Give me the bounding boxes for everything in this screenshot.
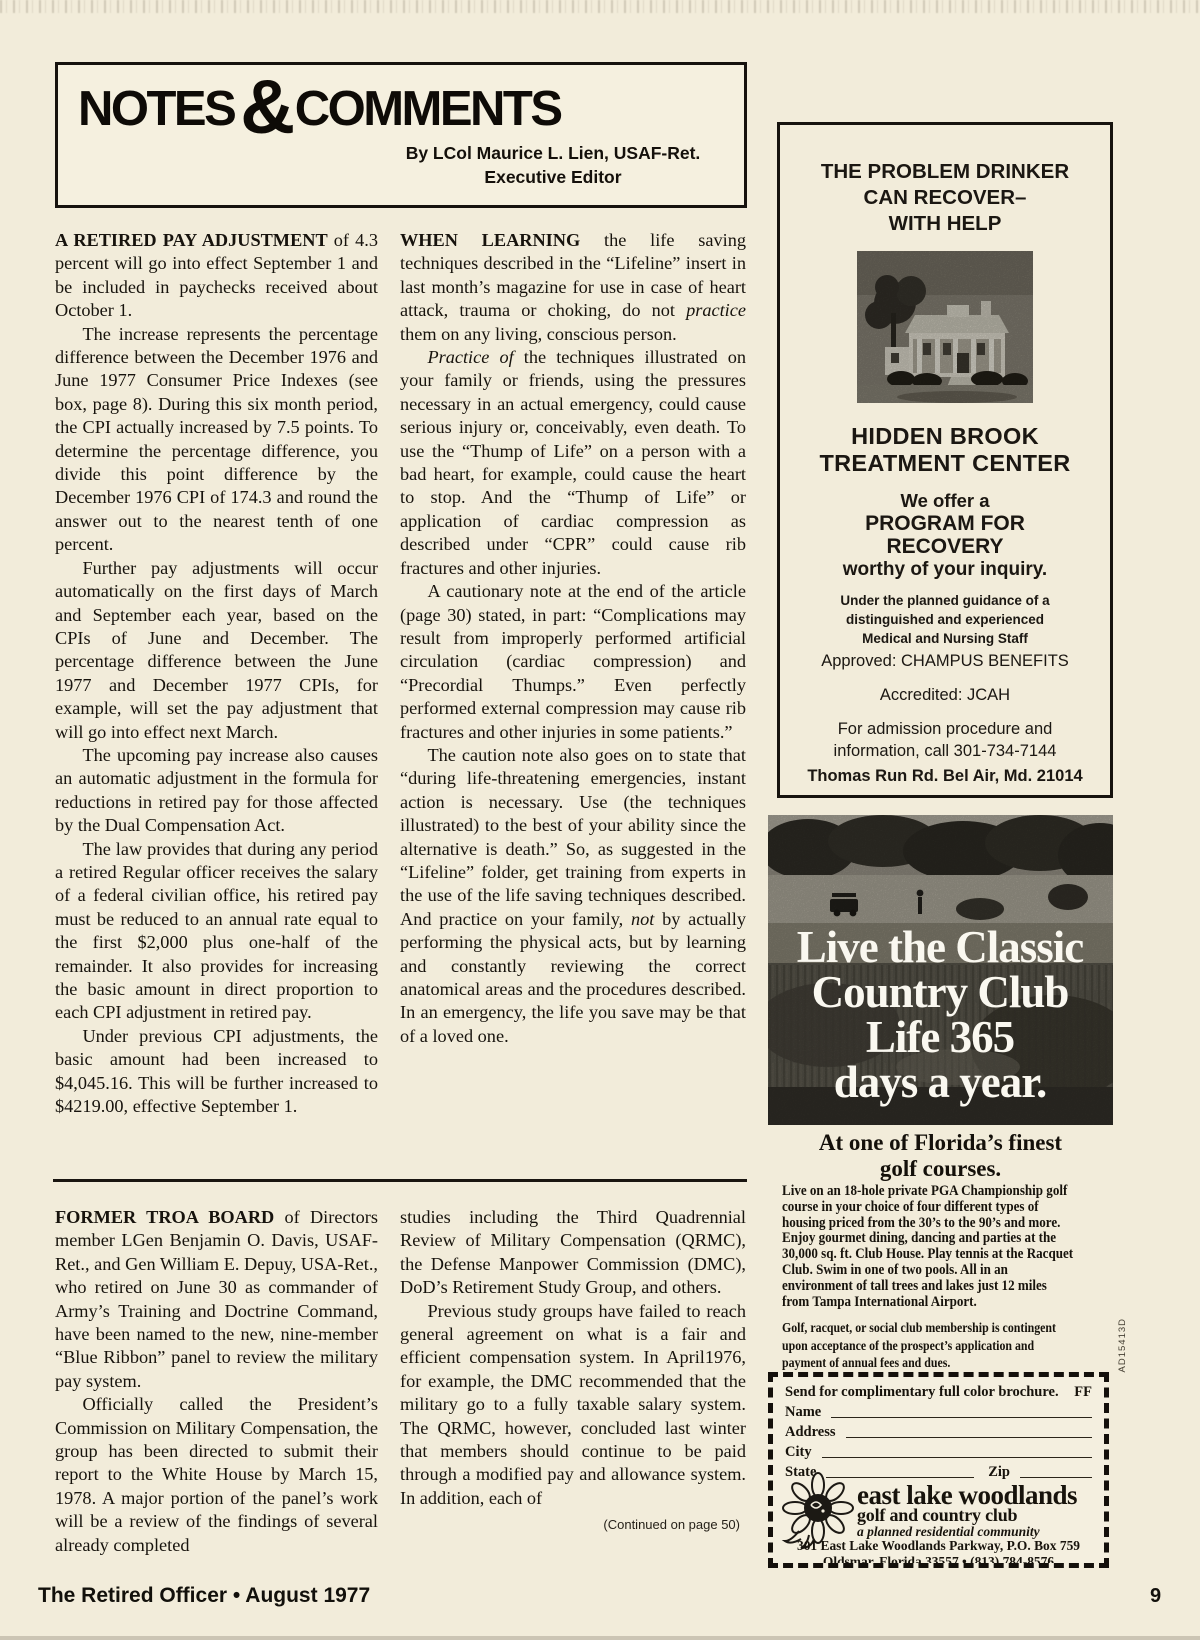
admission-info: For admission procedure and information,… <box>780 718 1110 762</box>
golf-ad-subhead: At one of Florida’s finest golf courses. <box>768 1130 1113 1182</box>
address-blank-line <box>846 1437 1093 1438</box>
golf-course-photo: Live the Classic Country Club Life 365 d… <box>768 815 1113 1125</box>
headline-line: Live the Classic <box>797 922 1084 972</box>
brochure-coupon: Send for complimentary full color brochu… <box>768 1372 1109 1568</box>
paragraph: The increase represents the percentage d… <box>55 323 378 557</box>
continued-notice: (Continued on page 50) <box>400 1513 746 1536</box>
ad-guidance-block: Under the planned guidance of a distingu… <box>780 591 1110 648</box>
city-blank-line <box>822 1457 1092 1458</box>
headline-line: Life 365 <box>866 1012 1014 1062</box>
body-line: course in your choice of four different … <box>782 1200 1079 1216</box>
sunflower-icon <box>779 1471 857 1549</box>
logo-text: COMMENTS <box>295 82 561 136</box>
logo-text: NOTES <box>78 82 234 136</box>
city-field-row: City <box>785 1441 1092 1461</box>
headline-line: days a year. <box>834 1057 1047 1107</box>
address-field-row: Address <box>785 1421 1092 1441</box>
byline-block: By LCol Maurice L. Lien, USAF-Ret. Execu… <box>368 141 738 189</box>
ad-brand-name: HIDDEN BROOK TREATMENT CENTER <box>780 423 1110 477</box>
paragraph: Under previous CPI adjustments, the basi… <box>55 1025 378 1119</box>
paragraph: The upcoming pay increase also causes an… <box>55 744 378 838</box>
accredited-line: Accredited: JCAH <box>780 684 1110 706</box>
ad-code-vertical: AD15413D <box>1117 1318 1128 1372</box>
ad-headline: THE PROBLEM DRINKER CAN RECOVER– WITH HE… <box>780 159 1110 237</box>
zip-label: Zip <box>988 1464 1010 1481</box>
paragraph: The caution note also goes on to state t… <box>400 744 746 1048</box>
byline-author: By LCol Maurice L. Lien, USAF-Ret. <box>368 141 738 165</box>
mansion-illustration <box>857 251 1033 403</box>
body-line: from Tampa International Airport. <box>782 1295 1079 1311</box>
masthead-box: NOTES&COMMENTS By LCol Maurice L. Lien, … <box>55 62 747 208</box>
paragraph: Previous study groups have failed to rea… <box>400 1300 746 1511</box>
city-label: City <box>785 1444 812 1461</box>
ad-offer-block: We offer a PROGRAM FOR RECOVERY worthy o… <box>780 489 1110 581</box>
approved-line: Approved: CHAMPUS BENEFITS <box>780 650 1110 672</box>
article-retired-pay-column: A RETIRED PAY ADJUSTMENT of 4.3 percent … <box>55 229 378 1177</box>
paragraph: Practice of the techniques illustrated o… <box>400 346 746 580</box>
paragraph: A cautionary note at the end of the arti… <box>400 580 746 744</box>
zip-blank-line <box>1020 1477 1092 1478</box>
subhead-line: golf courses. <box>768 1156 1113 1182</box>
coupon-address-line: 301 East Lake Woodlands Parkway, P.O. Bo… <box>791 1539 1086 1555</box>
body-line: 30,000 sq. ft. Club House. Play tennis a… <box>782 1247 1079 1263</box>
headline-line: CAN RECOVER– <box>780 185 1110 211</box>
paragraph: WHEN LEARNING the life saving techniques… <box>400 229 746 346</box>
paragraph: The law provides that during any period … <box>55 838 378 1025</box>
subhead-line: At one of Florida’s finest <box>768 1130 1113 1156</box>
ad-hidden-brook: THE PROBLEM DRINKER CAN RECOVER– WITH HE… <box>777 122 1113 798</box>
brand-line: TREATMENT CENTER <box>780 450 1110 477</box>
offer-line: PROGRAM FOR <box>780 512 1110 535</box>
offer-line: worthy of your inquiry. <box>780 558 1110 581</box>
article-when-learning-column: WHEN LEARNING the life saving techniques… <box>400 229 746 1149</box>
paragraph: FORMER TROA BOARD of Directors member LG… <box>55 1206 378 1393</box>
headline-line: Country Club <box>812 967 1069 1017</box>
body-line: Live on an 18-hole private PGA Champions… <box>782 1184 1079 1200</box>
magazine-page-scan: NOTES&COMMENTS By LCol Maurice L. Lien, … <box>0 0 1200 1640</box>
headline-line: WITH HELP <box>780 211 1110 237</box>
guidance-line: Under the planned guidance of a <box>780 591 1110 610</box>
body-line: environment of tall trees and lakes just… <box>782 1279 1079 1295</box>
notes-comments-logo: NOTES&COMMENTS <box>78 81 561 137</box>
east-lake-logo-block: east lake woodlands golf and country clu… <box>785 1483 1092 1539</box>
scan-noise-strip <box>0 0 1200 13</box>
address-label: Address <box>785 1424 836 1441</box>
offer-line: We offer a <box>780 489 1110 512</box>
ampersand-glyph: & <box>240 65 292 150</box>
byline-role: Executive Editor <box>368 165 738 189</box>
body-line: Enjoy gourmet dining, dancing and partie… <box>782 1231 1079 1247</box>
brand-line: HIDDEN BROOK <box>780 423 1110 450</box>
admission-line: For admission procedure and <box>780 718 1110 740</box>
golf-ad-body: Live on an 18-hole private PGA Champions… <box>782 1184 1112 1310</box>
disclaimer-line: Golf, racquet, or social club membership… <box>782 1319 1072 1337</box>
page-number: 9 <box>1150 1585 1161 1608</box>
paragraph: Further pay adjustments will occur autom… <box>55 557 378 744</box>
ad-address: Thomas Run Rd. Bel Air, Md. 21014 <box>780 765 1110 787</box>
golf-ad-disclaimer: Golf, racquet, or social club membership… <box>782 1319 1112 1372</box>
body-line: housing priced from the 30’s to the 90’s… <box>782 1216 1079 1232</box>
disclaimer-line: upon acceptance of the prospect’s applic… <box>782 1337 1072 1355</box>
name-field-row: Name <box>785 1401 1092 1421</box>
disclaimer-line: payment of annual fees and dues. <box>782 1354 1072 1372</box>
coupon-address-line: Oldsmar, Florida 33557 • (813) 784-8576 <box>791 1555 1086 1568</box>
guidance-line: distinguished and experienced <box>780 610 1110 629</box>
headline-line: THE PROBLEM DRINKER <box>780 159 1110 185</box>
admission-line: information, call 301-734-7144 <box>780 740 1110 762</box>
logo-tagline: a planned residential community <box>857 1524 1092 1539</box>
article-troa-right-column: studies including the Third Quadrennial … <box>400 1206 746 1578</box>
magazine-footer: The Retired Officer • August 1977 <box>38 1584 370 1608</box>
body-line: Club. Swim in one of two pools. All in a… <box>782 1263 1079 1279</box>
section-divider-rule <box>53 1179 747 1182</box>
coupon-offer-text: Send for complimentary full color brochu… <box>785 1383 1059 1401</box>
paragraph: studies including the Third Quadrennial … <box>400 1206 746 1300</box>
paragraph: Officially called the President’s Commis… <box>55 1393 378 1557</box>
offer-line: RECOVERY <box>780 535 1110 558</box>
coupon-code: FF <box>1074 1383 1092 1401</box>
name-blank-line <box>831 1417 1092 1418</box>
article-troa-left-column: FORMER TROA BOARD of Directors member LG… <box>55 1206 378 1566</box>
paragraph: A RETIRED PAY ADJUSTMENT of 4.3 percent … <box>55 229 378 323</box>
photo-headline: Live the Classic Country Club Life 365 d… <box>797 922 1084 1107</box>
guidance-line: Medical and Nursing Staff <box>780 629 1110 648</box>
logo-name: east lake woodlands <box>857 1483 1092 1507</box>
name-label: Name <box>785 1404 821 1421</box>
